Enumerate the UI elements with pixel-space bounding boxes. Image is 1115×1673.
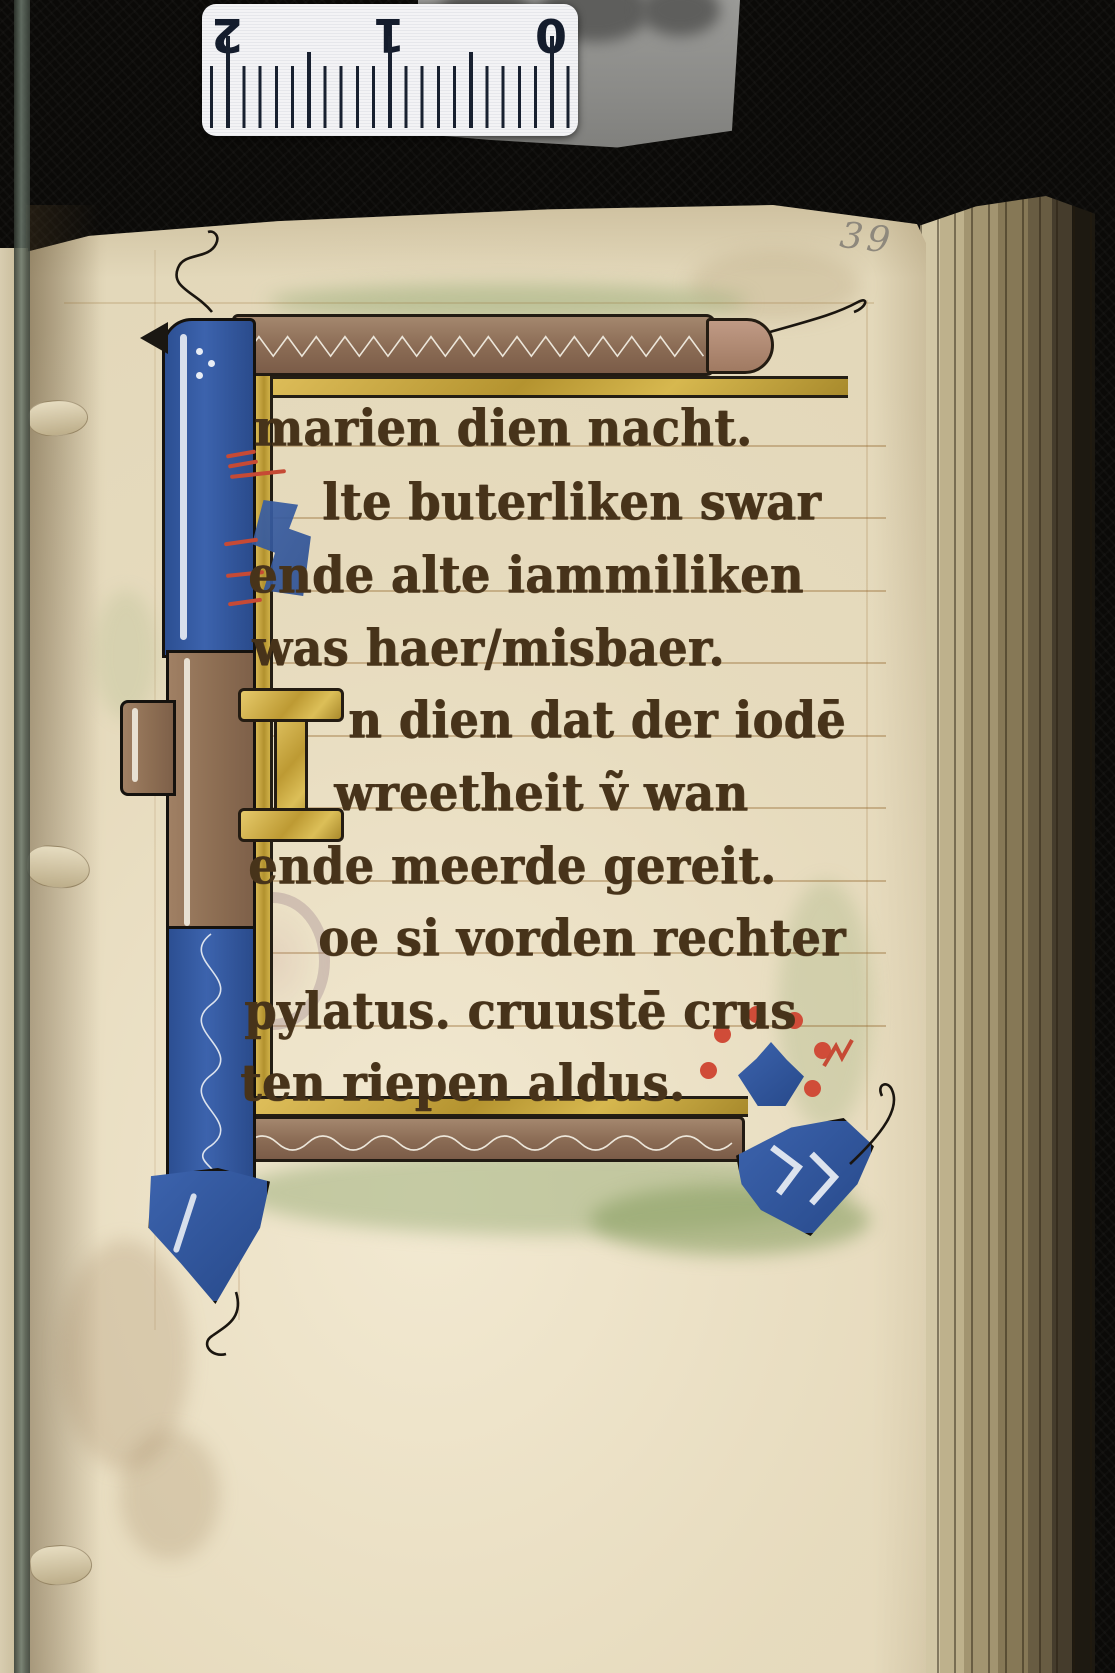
white-dot [196, 348, 203, 355]
text-line: n dien dat der iodē [348, 690, 846, 749]
book-fore-edge-pages [920, 196, 1095, 1673]
white-dot [208, 360, 215, 367]
gold-frame-top [252, 376, 848, 398]
red-dot [814, 1042, 831, 1059]
border-top-bar [232, 314, 716, 376]
wave-ornament [237, 1119, 742, 1159]
text-line: pylatus. cruustē crus [244, 981, 796, 1040]
text-line: ende meerde gereit. [248, 836, 776, 895]
red-dot [804, 1080, 821, 1097]
border-step-tooth [120, 700, 176, 796]
folio-number: 39 [838, 215, 896, 262]
text-line: ende alte iammiliken [248, 545, 804, 604]
ruler-ticks [210, 66, 570, 128]
parchment-stain [120, 1430, 220, 1560]
border-bottom-bar [234, 1116, 745, 1162]
text-line: was haer/misbaer. [252, 618, 725, 677]
zigzag-ornament [235, 317, 713, 373]
border-top-bar-hook [706, 318, 774, 374]
illuminated-initial-I [238, 688, 340, 838]
text-line: lte buterliken swar [322, 472, 821, 531]
corner-spur-top-left [140, 322, 168, 354]
border-left-blue-upper [162, 318, 256, 658]
cm-tick [388, 36, 392, 128]
text-line: ten riepen aldus. [240, 1053, 685, 1112]
white-highlight-line [180, 334, 187, 640]
ruling-line [64, 302, 874, 304]
text-line: oe si vorden rechter [318, 908, 846, 967]
initial-top-serif [238, 688, 344, 722]
half-cm-tick [307, 52, 311, 128]
cm-tick [226, 36, 230, 128]
half-cm-tick [469, 52, 473, 128]
red-dot [700, 1062, 717, 1079]
ruling-line-vertical [866, 300, 868, 1130]
glass-strip [14, 0, 30, 1673]
white-highlight-line [132, 708, 138, 782]
photograph-of-manuscript: 2 1 0 39 [0, 0, 1115, 1673]
cm-tick [550, 36, 554, 128]
white-dot [196, 372, 203, 379]
text-line: marien dien nacht. [254, 398, 752, 457]
measurement-ruler: 2 1 0 [202, 4, 578, 136]
white-highlight-line [184, 658, 190, 926]
text-line: wreetheit ṽ wan [334, 763, 748, 822]
